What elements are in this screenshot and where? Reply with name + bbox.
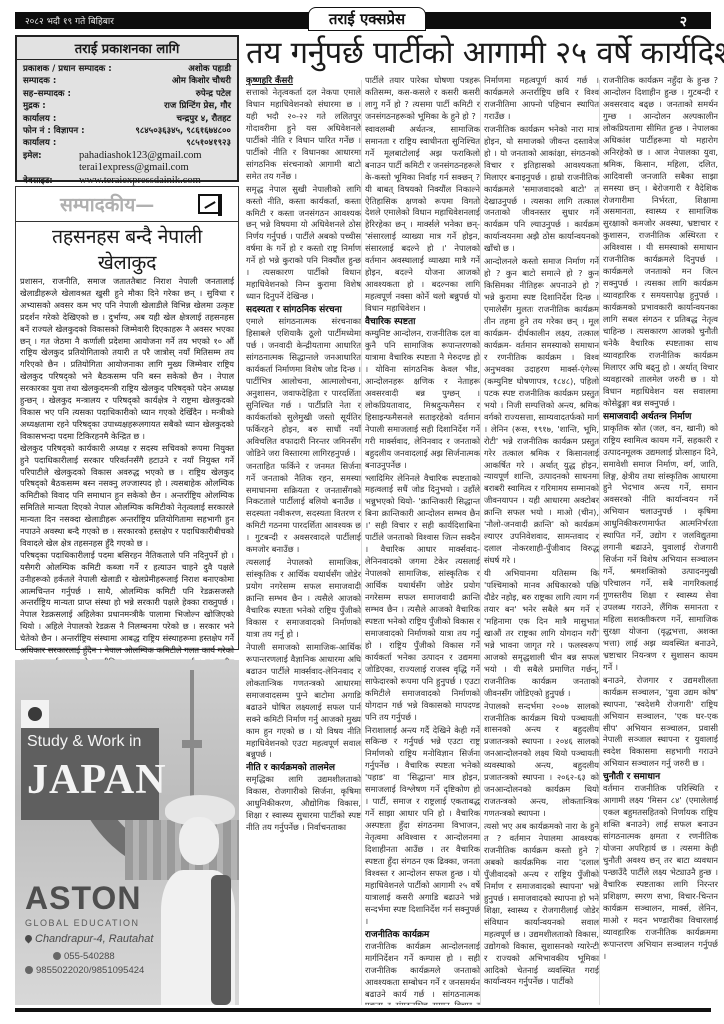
article-paragraph: यी अभियानमा यतिसम्म कि 'पश्चिमाको मानव अ… (484, 568, 599, 699)
imprint-value: ९८४५०३६३४५, ९८६१६७४८०० (135, 125, 231, 137)
imprint-value: ९८५१०४१९२३ (186, 137, 231, 149)
section-heading: राजनीतिक कार्यक्रम (365, 929, 480, 941)
imprint-row-phone-office: कार्यालय :९८५१०४१९२३ (23, 137, 231, 149)
imprint-title: तराई प्रकाशनका लागि (17, 39, 237, 60)
article-paragraph: जनताहित फर्किने र जनमत सिर्जना गर्ने जनत… (246, 461, 361, 557)
imprint-value: रुपेन्द्र पटेल (196, 88, 231, 100)
backpack-strap (211, 875, 231, 1005)
masthead-title: तराई एक्सप्रेस (308, 7, 426, 31)
section-heading: चुनौती र समाधान (603, 771, 718, 783)
imprint-key: प्रकाशक / प्रधान सम्पादक : (23, 63, 112, 75)
imprint-email-row: इमेल: pahadiashok123@gmail.com (23, 150, 231, 163)
imprint-key: मुद्रक : (23, 100, 46, 112)
email-label: इमेल: (23, 150, 79, 163)
page-bottom-rule (15, 1008, 711, 1012)
column-divider (599, 80, 600, 1005)
article-paragraph: वर्तमान राजनीतिक परिस्थिति र आगामी लक्ष्… (603, 783, 718, 962)
ad-phone: 055-540288 (53, 951, 115, 962)
editorial-paragraph: प्रशासन, राजनीति, समाज जताततैबाट निराश न… (20, 276, 234, 443)
advertisement-study-japan[interactable]: Study & Work in JAPAN ASTON GLOBAL EDUCA… (15, 660, 239, 1005)
article-column-2: पार्टीले तयार पारेका घोषणा पत्रहरू कतिसम… (365, 75, 480, 1005)
article-paragraph: एमाले सांगठनात्मक संरचनाका हिसाबले एशिया… (246, 316, 361, 459)
imprint-value: ओम किशोर चौधरी (172, 75, 231, 87)
editorial-label: सम्पादकीय— (60, 191, 154, 217)
editorial-header: सम्पादकीय— (15, 186, 239, 222)
imprint-row-office: कार्यालय :चन्द्रपुर ४, रौतहट (23, 113, 231, 125)
article-column-4: राजनीतिक कार्यक्रम नहुँदा के हुन्छ ? आन्… (603, 75, 718, 1005)
section-heading: नीति र कार्यक्रमको तालमेल (246, 762, 361, 774)
imprint-value: अशोक पहाडी (188, 63, 231, 75)
editorial-paragraph: खेलकुद परिषद्को कार्यकारी अध्यक्ष र सदस्… (20, 443, 234, 550)
imprint-row-printer: मुद्रक :राज प्रिन्टिंग प्रेस, गौर (23, 100, 231, 112)
email-link-2[interactable]: terai1express@gmail.com (79, 162, 189, 175)
imprint-row-co-editor: सह–सम्पादक :रुपेन्द्र पटेल (23, 88, 231, 100)
editorial-title: तहसनहस बन्दै नेपाली खेलाकुद (20, 224, 234, 276)
pen-writing-icon (198, 194, 220, 214)
imprint-row-publisher: प्रकाशक / प्रधान सम्पादक :अशोक पहाडी (23, 63, 231, 75)
article-paragraph: नेपालको सन्दर्भमा २००७ सालको राजनीतिक का… (484, 701, 599, 821)
imprint-email-row-2: terai1express@gmail.com (23, 162, 231, 175)
email-link-1[interactable]: pahadiashok123@gmail.com (79, 150, 202, 163)
ad-address: Chandrapur-4, Rautahat (25, 933, 153, 945)
article-paragraph: राजनीतिक कार्यक्रम भनेको नारा मात्र होइन… (484, 124, 599, 255)
article-paragraph: आन्दोलनले कस्तो समाज निर्माण गर्ने हो ? … (484, 256, 599, 567)
imprint-row-editor: सम्पादक :ओम किशोर चौधरी (23, 75, 231, 87)
article-paragraph: बनाउने, रोजगार र उद्यमशीलता कार्यक्रम सञ… (603, 675, 718, 771)
imprint-value: राज प्रिन्टिंग प्रेस, गौर (164, 100, 231, 112)
imprint-key: फोन नं : विज्ञापन : (23, 125, 85, 137)
phone-icon (53, 952, 61, 960)
section-heading: समाजवादी अर्थतन्त्र निर्माण (603, 411, 718, 423)
article-paragraph: समृद्धिका लागि उद्यमशीलताको विकास, रोजगा… (246, 774, 361, 834)
section-heading: सदस्यता र सांगठनिक संरचना (246, 304, 361, 316)
article-paragraph: कम्युनिष्ट आन्दोलन, राजनीतिक दल वा कुनै … (365, 328, 480, 471)
spacer (23, 162, 79, 175)
article-paragraph: निर्माणमा महत्वपूर्ण कार्य गर्छ । कार्यक… (484, 75, 599, 123)
ad-mobile-text: 9855022020/9851095424 (36, 965, 144, 976)
page-number: २ (680, 12, 687, 31)
ad-tagline: Study & Work in (27, 733, 141, 751)
imprint-box: तराई प्रकाशनका लागि प्रकाशक / प्रधान सम्… (15, 35, 239, 182)
face-shape (179, 817, 219, 865)
imprint-key: कार्यालय : (23, 113, 56, 125)
imprint-key: कार्यालय : (23, 137, 56, 149)
imprint-key: सम्पादक : (23, 75, 56, 87)
ad-address-text: Chandrapur-4, Rautahat (35, 933, 153, 945)
article-paragraph: नेपाली समाजको सामाजिक-आर्थिक रूपान्तरणला… (246, 642, 361, 762)
article-headline: तय गर्नुपर्छ पार्टीको आगामी २५ वर्षे कार… (246, 33, 716, 73)
article-paragraph: सत्ताको नेतृत्वकर्ता दल नेकपा एमाले विधा… (246, 87, 361, 183)
article-paragraph: प्राकृतिक स्रोत (जल, वन, खानी) को राष्ट्… (603, 423, 718, 674)
ad-brand-logo: ASTON (25, 880, 141, 917)
japan-flag-icon (21, 700, 49, 728)
ad-brand-sub: GLOBAL EDUCATION (25, 918, 140, 928)
editorial-box: तहसनहस बन्दै नेपाली खेलाकुद प्रशासन, राज… (15, 222, 239, 650)
article-paragraph: राजनीतिक कार्यक्रम नहुँदा के हुन्छ ? आन्… (603, 75, 718, 410)
ad-country: JAPAN (27, 756, 167, 804)
issue-date: २०८२ भदौ १९ गते बिहिबार (25, 14, 114, 27)
column-divider (361, 80, 362, 1005)
article-paragraph: निराशालाई अन्त्य गर्दै देखिने केही गर्ने… (365, 725, 480, 928)
article-paragraph: भ्लादिमिर लेनिनले वैचारिक स्पष्टताको महत… (365, 473, 480, 724)
location-pin-icon (24, 934, 34, 944)
mobile-icon (25, 966, 33, 974)
imprint-key: सह–सम्पादक : (23, 88, 71, 100)
column-divider (480, 80, 481, 1005)
student-photo (155, 795, 239, 1005)
section-heading: वैचारिक स्पष्टता (365, 316, 480, 328)
article-column-3: निर्माणमा महत्वपूर्ण कार्य गर्छ । कार्यक… (484, 75, 599, 1005)
article-paragraph: त्यसो भए अब कार्यक्रमको नारा के हुने त ?… (484, 821, 599, 988)
ad-phone-text: 055-540288 (64, 951, 115, 962)
article-paragraph: समृद्ध नेपाल सुखी नेपालीको लागि कस्तो नी… (246, 184, 361, 304)
imprint-value: चन्द्रपुर ४, रौतहट (177, 113, 231, 125)
imprint-row-phone-ads: फोन नं : विज्ञापन :९८४५०३६३४५, ९८६१६७४८०… (23, 125, 231, 137)
article-paragraph: पार्टीले तयार पारेका घोषणा पत्रहरू कतिसम… (365, 75, 480, 123)
article-paragraph: त्यसलाई नेपालको सामाजिक, सांस्कृतिक र आर… (246, 557, 361, 641)
article-paragraph: राजनीतिक कार्यक्रम आन्दोलनलाई मार्गनिर्द… (365, 941, 480, 1005)
ad-mobile: 9855022020/9851095424 (25, 965, 144, 976)
article-byline: कृष्णहरि कँसरी (246, 75, 361, 87)
article-column-1: कृष्णहरि कँसरी सत्ताको नेतृत्वकर्ता दल न… (246, 75, 361, 1005)
article-paragraph: स्वावलम्बी अर्थतन्त्र, सामाजिक समानता र … (365, 124, 480, 315)
